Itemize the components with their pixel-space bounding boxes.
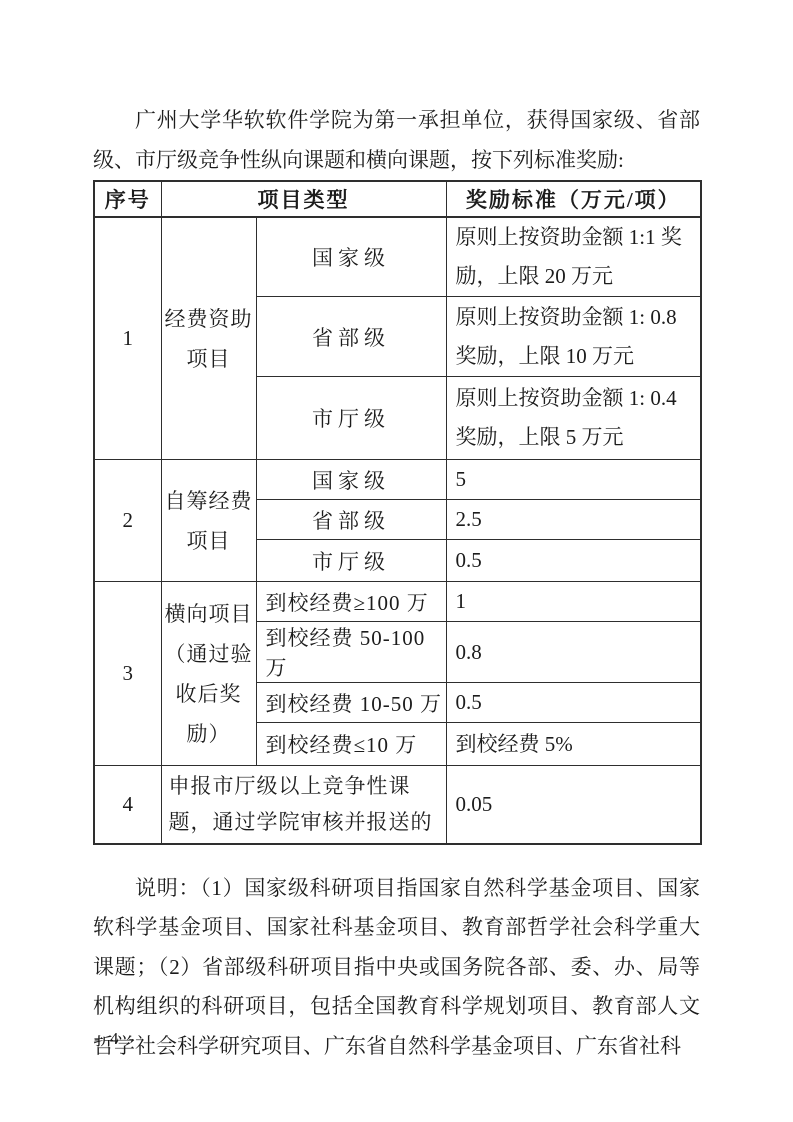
header-type: 项目类型 bbox=[161, 181, 446, 217]
standard-cell: 0.5 bbox=[446, 683, 701, 723]
intro-paragraph: 广州大学华软软件学院为第一承担单位，获得国家级、省部级、市厅级竞争性纵向课题和横… bbox=[93, 100, 700, 180]
table-row: 4 申报市厅级以上竞争性课题，通过学院审核并报送的 0.05 bbox=[94, 766, 701, 844]
level-cell: 国家级 bbox=[256, 460, 446, 500]
standard-cell: 原则上按资助金额 1: 0.4 奖励，上限 5 万元 bbox=[446, 377, 701, 460]
table-row: 3 横向项目（通过验收后奖励） 到校经费≥100 万 1 bbox=[94, 582, 701, 622]
standard-cell: 0.05 bbox=[446, 766, 701, 844]
reward-table: 序号 项目类型 奖励标准（万元/项） 1 经费资助项目 国家级 原则上按资助金额… bbox=[93, 180, 702, 845]
seq-cell: 4 bbox=[94, 766, 161, 844]
standard-cell: 0.5 bbox=[446, 540, 701, 582]
standard-cell: 到校经费 5% bbox=[446, 723, 701, 766]
table-row: 2 自筹经费项目 国家级 5 bbox=[94, 460, 701, 500]
category-cell: 申报市厅级以上竞争性课题，通过学院审核并报送的 bbox=[161, 766, 446, 844]
table-row: 1 经费资助项目 国家级 原则上按资助金额 1:1 奖励，上限 20 万元 bbox=[94, 217, 701, 297]
header-seq: 序号 bbox=[94, 181, 161, 217]
seq-cell: 2 bbox=[94, 460, 161, 582]
level-cell: 省部级 bbox=[256, 500, 446, 540]
level-cell: 市厅级 bbox=[256, 540, 446, 582]
page-number: - 4 - bbox=[94, 1029, 137, 1049]
level-cell: 到校经费≥100 万 bbox=[256, 582, 446, 622]
level-cell: 到校经费≤10 万 bbox=[256, 723, 446, 766]
level-cell: 到校经费 10-50 万 bbox=[256, 683, 446, 723]
standard-cell: 原则上按资助金额 1: 0.8 奖励，上限 10 万元 bbox=[446, 297, 701, 377]
document-page: 广州大学华软软件学院为第一承担单位，获得国家级、省部级、市厅级竞争性纵向课题和横… bbox=[0, 0, 793, 1122]
standard-cell: 0.8 bbox=[446, 622, 701, 683]
category-cell: 横向项目（通过验收后奖励） bbox=[161, 582, 256, 766]
header-standard: 奖励标准（万元/项） bbox=[446, 181, 701, 217]
seq-cell: 3 bbox=[94, 582, 161, 766]
standard-cell: 5 bbox=[446, 460, 701, 500]
seq-cell: 1 bbox=[94, 217, 161, 460]
standard-cell: 原则上按资助金额 1:1 奖励，上限 20 万元 bbox=[446, 217, 701, 297]
standard-cell: 1 bbox=[446, 582, 701, 622]
note-paragraph: 说明：（1）国家级科研项目指国家自然科学基金项目、国家软科学基金项目、国家社科基… bbox=[93, 869, 700, 1067]
table-header-row: 序号 项目类型 奖励标准（万元/项） bbox=[94, 181, 701, 217]
level-cell: 市厅级 bbox=[256, 377, 446, 460]
level-cell: 到校经费 50-100 万 bbox=[256, 622, 446, 683]
category-cell: 自筹经费项目 bbox=[161, 460, 256, 582]
level-cell: 国家级 bbox=[256, 217, 446, 297]
standard-cell: 2.5 bbox=[446, 500, 701, 540]
category-cell: 经费资助项目 bbox=[161, 217, 256, 460]
level-cell: 省部级 bbox=[256, 297, 446, 377]
